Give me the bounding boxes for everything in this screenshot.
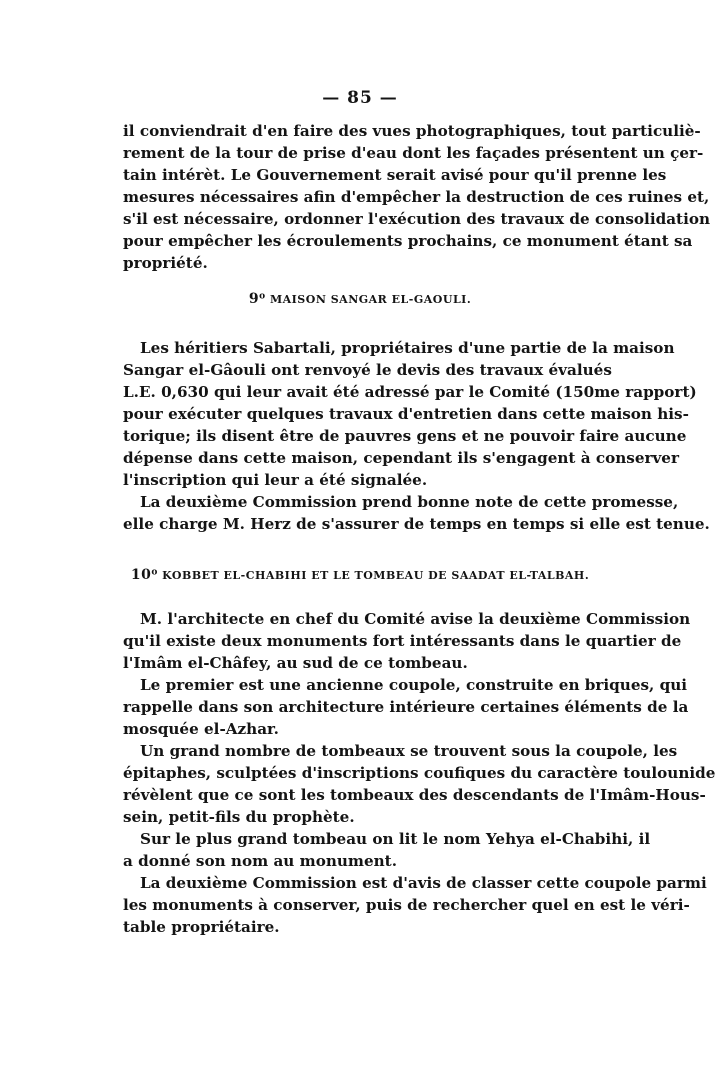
text-line: révèlent que ce sont les tombeaux des de…: [123, 784, 601, 806]
section-10-paragraph-4: Sur le plus grand tombeau on lit le nom …: [123, 828, 601, 872]
text-line: rappelle dans son architecture intérieur…: [123, 696, 601, 718]
section-9-paragraph-2: La deuxième Commission prend bonne note …: [123, 491, 601, 535]
text-line: il conviendrait d'en faire des vues phot…: [123, 120, 601, 142]
section-9-heading: 9o MAISON SANGAR EL-GAOULI.: [0, 291, 720, 307]
text-line: l'Imâm el-Châfey, au sud de ce tombeau.: [123, 652, 601, 674]
text-line: Un grand nombre de tombeaux se trouvent …: [123, 740, 601, 762]
text-line: dépense dans cette maison, cependant ils…: [123, 447, 601, 469]
text-line: l'inscription qui leur a été signalée.: [123, 469, 601, 491]
text-line: les monuments à conserver, puis de reche…: [123, 894, 601, 916]
text-line: pour exécuter quelques travaux d'entreti…: [123, 403, 601, 425]
section-10-paragraph-1: M. l'architecte en chef du Comité avise …: [123, 608, 601, 674]
text-line: qu'il existe deux monuments fort intéres…: [123, 630, 601, 652]
text-line: a donné son nom au monument.: [123, 850, 601, 872]
ordinal-mark: o: [151, 567, 158, 577]
text-line: sein, petit-fils du prophète.: [123, 806, 601, 828]
text-line: Sur le plus grand tombeau on lit le nom …: [123, 828, 601, 850]
text-line: rement de la tour de prise d'eau dont le…: [123, 142, 601, 164]
section-10-paragraph-5: La deuxième Commission est d'avis de cla…: [123, 872, 601, 938]
section-9-paragraph-1: Les héritiers Sabartali, propriétaires d…: [123, 337, 601, 491]
text-line: mosquée el-Azhar.: [123, 718, 601, 740]
text-line: tain intérèt. Le Gouvernement serait avi…: [123, 164, 601, 186]
section-title: KOBBET EL-CHABIHI ET LE TOMBEAU DE SAADA…: [162, 569, 589, 582]
text-line: La deuxième Commission prend bonne note …: [123, 491, 601, 513]
text-line: Le premier est une ancienne coupole, con…: [123, 674, 601, 696]
intro-paragraph: il conviendrait d'en faire des vues phot…: [123, 120, 601, 274]
text-line: torique; ils disent être de pauvres gens…: [123, 425, 601, 447]
page-number: — 85 —: [0, 88, 720, 108]
text-line: table propriétaire.: [123, 916, 601, 938]
text-line: Les héritiers Sabartali, propriétaires d…: [123, 337, 601, 359]
text-line: épitaphes, sculptées d'inscriptions couf…: [123, 762, 601, 784]
section-number: 9: [249, 291, 259, 307]
text-line: pour empêcher les écroulements prochains…: [123, 230, 601, 252]
section-title: MAISON SANGAR EL-GAOULI.: [270, 293, 471, 306]
text-line: Sangar el-Gâouli ont renvoyé le devis de…: [123, 359, 601, 381]
text-line: mesures nécessaires afin d'empêcher la d…: [123, 186, 601, 208]
text-line: L.E. 0,630 qui leur avait été adressé pa…: [123, 381, 601, 403]
section-10-paragraph-2: Le premier est une ancienne coupole, con…: [123, 674, 601, 740]
ordinal-mark: o: [259, 291, 266, 301]
section-number: 10: [131, 567, 151, 583]
text-line: elle charge M. Herz de s'assurer de temp…: [123, 513, 601, 535]
text-line: M. l'architecte en chef du Comité avise …: [123, 608, 601, 630]
section-10-heading: 10o KOBBET EL-CHABIHI ET LE TOMBEAU DE S…: [0, 567, 720, 583]
text-line: propriété.: [123, 252, 601, 274]
text-line: La deuxième Commission est d'avis de cla…: [123, 872, 601, 894]
text-line: s'il est nécessaire, ordonner l'exécutio…: [123, 208, 601, 230]
section-10-paragraph-3: Un grand nombre de tombeaux se trouvent …: [123, 740, 601, 828]
